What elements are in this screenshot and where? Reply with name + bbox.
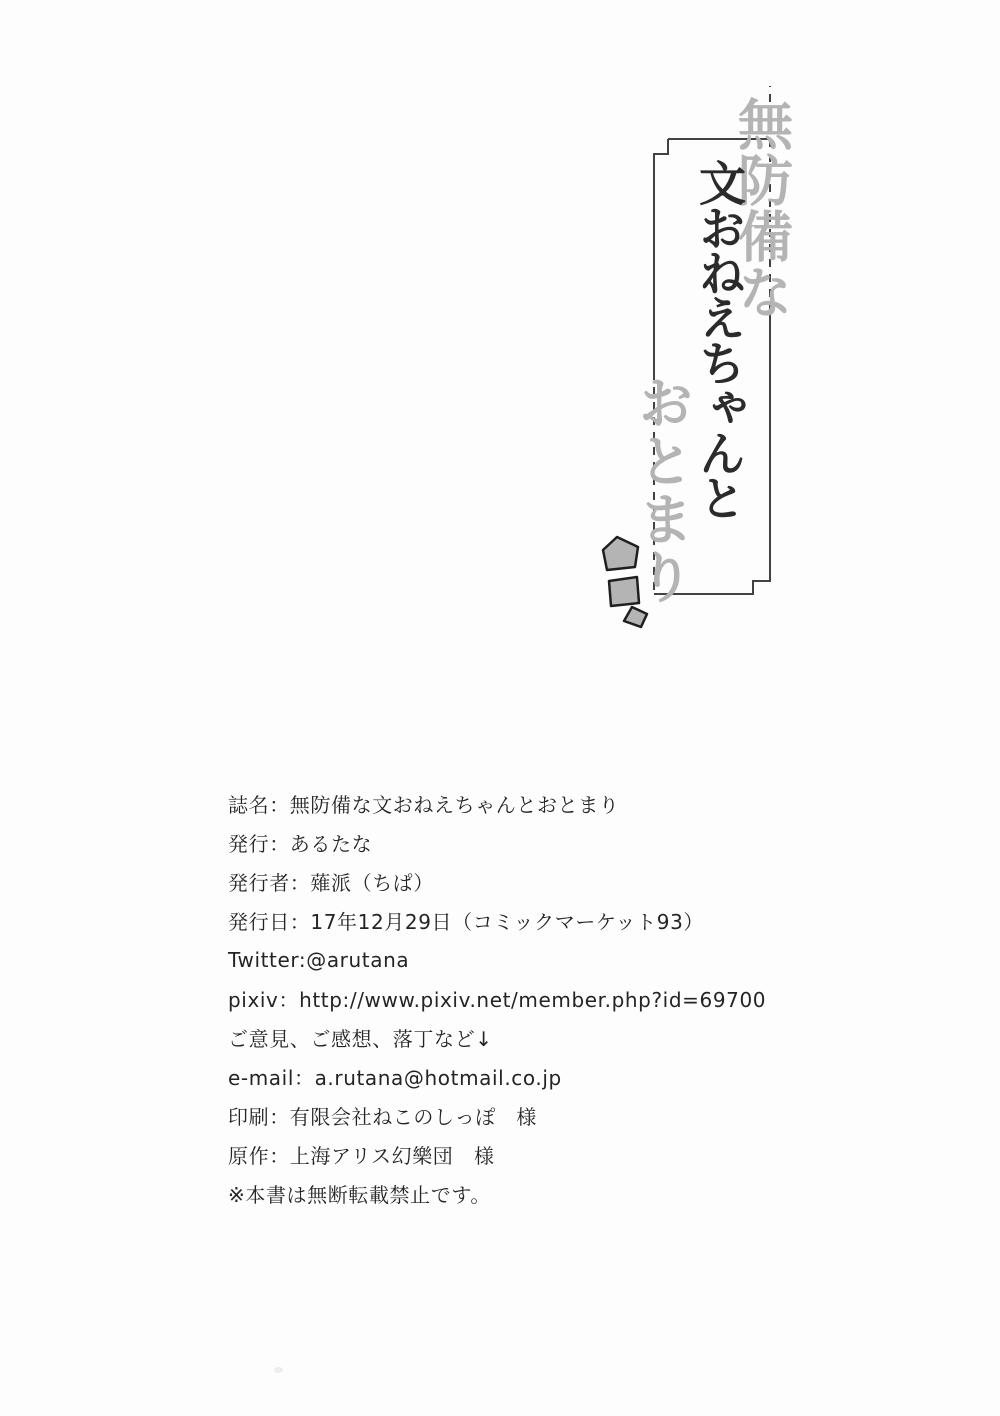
colophon-line-circle: 発行：あるたな xyxy=(228,823,766,862)
colophon-line-publish-date: 発行日：17年12月29日（コミックマーケット93） xyxy=(228,901,766,940)
title-frame-decoration xyxy=(0,0,1000,700)
decorative-square-small xyxy=(624,607,647,627)
title-column-black-middle: 文おねえちゃんと xyxy=(695,159,742,519)
colophon-block: 誌名：無防備な文おねえちゃんとおとまり 発行：あるたな 発行者：薙派（ちぱ） 発… xyxy=(228,784,766,1213)
colophon-line-twitter: Twitter:@arutana xyxy=(228,940,766,979)
colophon-line-publisher: 発行者：薙派（ちぱ） xyxy=(228,862,766,901)
scan-speck xyxy=(274,1367,283,1373)
colophon-line-notice: ※本書は無断転載禁止です。 xyxy=(228,1174,766,1213)
title-column-gray-bottom: おとまり xyxy=(633,374,689,606)
colophon-line-book-title: 誌名：無防備な文おねえちゃんとおとまり xyxy=(228,784,766,823)
colophon-line-printer: 印刷：有限会社ねこのしっぽ 様 xyxy=(228,1096,766,1135)
colophon-line-pixiv-url: pixiv：http://www.pixiv.net/member.php?id… xyxy=(228,979,766,1018)
colophon-line-original: 原作：上海アリス幻樂団 様 xyxy=(228,1135,766,1174)
colophon-line-feedback: ご意見、ご感想、落丁など↓ xyxy=(228,1018,766,1057)
scanned-colophon-page: 無防備な 文おねえちゃんと おとまり 誌名：無防備な文おねえちゃんとおとまり 発… xyxy=(0,0,1000,1416)
colophon-line-email: e-mail：a.rutana@hotmail.co.jp xyxy=(228,1057,766,1096)
